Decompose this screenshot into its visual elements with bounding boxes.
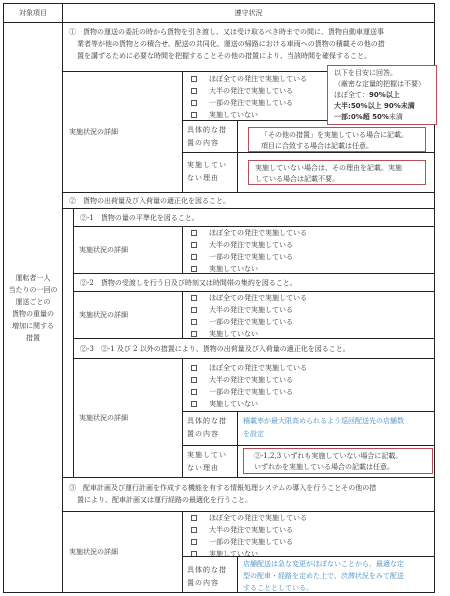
checkbox-icon[interactable] [191,266,197,272]
subsection-2-3-measure-input[interactable]: 積載率が最大限高められるよう巡回配送先の店舗数 を設定 [237,411,435,446]
guide-note-value: 0%超 50% [351,113,389,121]
subsection-2-1-checkbox-group: ほぼ全ての発注で実施している 大半の発注で実施している 一部の発注で実施している… [182,226,435,274]
section1-title-line: ① 貨物の運送の委託の時から貨物を引き渡し、又は受け取るべき時までの間に、貨物自… [69,26,428,38]
detail-label: 実施状況の詳細 [69,126,118,138]
option-label: 一部の発注で実施している [209,536,293,548]
target-item-line: 増加に関する [12,320,54,332]
checkbox-icon[interactable] [191,100,197,106]
option-label: ほぼ全ての発注で実施している [209,73,307,85]
header-compliance-status: 遵守状況 [62,3,435,23]
option-majority[interactable]: 大半の発注で実施している [183,524,434,536]
note-line: 項目に合致する場合は記載は任意。 [261,141,419,152]
option-some[interactable]: 一部の発注で実施している [183,251,434,263]
note-line: 「その他の措置」を実施している場合に記載。 [261,130,419,141]
option-none[interactable]: 実施していない [183,398,434,410]
option-label: 大半の発注で実施している [209,524,293,536]
option-label: 一部の発注で実施している [209,386,293,398]
section2-title: ② 貨物の出荷量及び入荷量の適正化を図ること。 [62,192,435,209]
subsection-2-3-measure-label: 具体的な措置の内容 [182,411,238,446]
checkbox-icon[interactable] [191,254,197,260]
header-target-item-label: 対象項目 [19,7,47,19]
section3-detail-label: 実施状況の詳細 [62,511,183,593]
guide-note-line: ほぼ全て：90%以上 [334,90,430,101]
header-compliance-status-label: 遵守状況 [235,7,263,19]
checkbox-icon[interactable] [191,242,197,248]
measure-label: 具体的な措置の内容 [187,417,227,438]
measure-label: 具体的な措置の内容 [187,566,227,587]
measure-example-line: 店舗配送は急な変更がほぼないことから、最適な定 [243,558,429,570]
option-almost-all[interactable]: ほぼ全ての発注で実施している [183,227,434,239]
subsection-title-text: ②-3 ②-1 及び 2 以外の措置により、貨物の出荷量及び入荷量の適正化を図る… [80,343,350,355]
note-line: している場合は記載不要。 [255,174,419,185]
measure-instruction-note: 「その他の措置」を実施している場合に記載。 項目に合致する場合は記載は任意。 [248,127,426,152]
subsection-2-3-reason-note: ②-1,2,3 いずれも実施していない場合に記載。 いずれかを実施している場合の… [243,448,433,474]
option-some[interactable]: 一部の発注で実施している [183,316,434,328]
option-label: ほぼ全ての発注で実施している [209,362,307,374]
reason-label: 実施していない理由 [187,451,227,472]
reason-label: 実施していない理由 [187,161,227,182]
checkbox-icon[interactable] [191,295,197,301]
option-some[interactable]: 一部の発注で実施している [183,536,434,548]
section3-title: ③ 配車計画及び運行計画を作成する機能を有する情報処理システムの導入を行うことそ… [62,477,435,512]
subsection-title-text: ②-1 貨物の量の平準化を図ること。 [80,212,199,224]
reason-instruction-note: 実施していない場合は、その理由を記載。実施 している場合は記載不要。 [248,160,426,185]
detail-label: 実施状況の詳細 [79,412,128,424]
checkbox-icon[interactable] [191,76,197,82]
subsection-2-2-title: ②-2 貨物の受渡しを行う日及び時刻又は時間帯の集約を図ること。 [73,273,435,292]
option-label: ほぼ全ての発注で実施している [209,512,307,524]
section3-measure-input[interactable]: 店舗配送は急な変更がほぼないことから、最適な定 型の配車・経路を定めた上で、渋滞… [237,556,435,593]
measure-example-line: を設定 [243,428,429,441]
section1-title-line: 置を講ずるために必要な時間を把握することその他の措置により、当該時間を確保するこ… [69,50,428,62]
guide-note-label: ほぼ全て： [334,91,369,99]
detail-label: 実施状況の詳細 [79,244,128,256]
subsection-2-3-checkbox-group: ほぼ全ての発注で実施している 大半の発注で実施している 一部の発注で実施している… [182,358,435,412]
subsection-title-text: ②-2 貨物の受渡しを行う日及び時刻又は時間帯の集約を図ること。 [80,277,297,289]
guide-note-value: 50%以上 90%未満 [351,102,415,110]
option-label: 大半の発注で実施している [209,304,293,316]
guide-note-line: 大半:50%以上 90%未満 [334,101,430,112]
checkbox-icon[interactable] [191,331,197,337]
option-label: ほぼ全ての発注で実施している [209,292,307,304]
option-label: 大半の発注で実施している [209,239,293,251]
checkbox-icon[interactable] [191,112,197,118]
subsection-2-1-detail-label: 実施状況の詳細 [73,226,183,274]
section3-measure-label: 具体的な措置の内容 [182,556,238,593]
option-majority[interactable]: 大半の発注で実施している [183,374,434,386]
option-label: 実施していない [209,398,258,410]
detail-label: 実施状況の詳細 [79,309,128,321]
checkbox-icon[interactable] [191,389,197,395]
target-item-cell: 運転者一人 当たりの一回の 運送ごとの 貨物の重量の 増加に関する 措置 [3,22,63,593]
subsection-2-1-title: ②-1 貨物の量の平準化を図ること。 [73,208,435,227]
option-majority[interactable]: 大半の発注で実施している [183,304,434,316]
option-almost-all[interactable]: ほぼ全ての発注で実施している [183,512,434,524]
section1-detail-label: 実施状況の詳細 [62,71,183,193]
checkbox-icon[interactable] [191,319,197,325]
subsection-2-2-checkbox-group: ほぼ全ての発注で実施している 大半の発注で実施している 一部の発注で実施している… [182,291,435,339]
subsection-2-2-detail-label: 実施状況の詳細 [73,291,183,339]
section3-title-line: ③ 配車計画及び運行計画を作成する機能を有する情報処理システムの導入を行うことそ… [69,482,428,494]
target-item-line: 貨物の重量の [12,308,54,320]
checkbox-icon[interactable] [191,539,197,545]
target-item-line: 措置 [26,332,40,344]
checkbox-icon[interactable] [191,377,197,383]
guide-note-line: （厳密な定量的把握は不要） [334,79,430,90]
checkbox-icon[interactable] [191,527,197,533]
option-label: 一部の発注で実施している [209,251,293,263]
guide-note-line: 一部:0%超 50%未満 [334,112,430,123]
option-label: 一部の発注で実施している [209,316,293,328]
note-line: ②-1,2,3 いずれも実施していない場合に記載。 [254,451,426,462]
target-item-line: 当たりの一回の [9,284,58,296]
option-label: 大半の発注で実施している [209,374,293,386]
note-line: 実施していない場合は、その理由を記載。実施 [255,163,419,174]
subsection-2-3-reason-label: 実施していない理由 [182,445,238,478]
option-almost-all[interactable]: ほぼ全ての発注で実施している [183,362,434,374]
section1-reason-label: 実施していない理由 [182,152,238,193]
guide-note-line: 以下を目安に回答。 [334,68,430,79]
guide-note-suffix: 未満 [389,113,403,121]
checkbox-icon[interactable] [191,515,197,521]
option-label: ほぼ全ての発注で実施している [209,227,307,239]
checkbox-icon[interactable] [191,307,197,313]
checkbox-icon[interactable] [191,230,197,236]
guide-note: 以下を目安に回答。 （厳密な定量的把握は不要） ほぼ全て：90%以上 大半:50… [327,65,437,125]
subsection-2-3-title: ②-3 ②-1 及び 2 以外の措置により、貨物の出荷量及び入荷量の適正化を図る… [73,338,435,359]
measure-example-line: 型の配車・経路を定めた上で、渋滞状況をみて配送 [243,570,429,582]
option-almost-all[interactable]: ほぼ全ての発注で実施している [183,292,434,304]
header-target-item: 対象項目 [3,3,63,23]
section1-title-line: 業者等が他の貨物との積合せ、配送の共同化、運送の帰路における車両への貨物の積載そ… [69,38,428,50]
checkbox-icon[interactable] [191,401,197,407]
guide-note-label: 大半: [334,102,351,110]
checkbox-icon[interactable] [191,365,197,371]
option-some[interactable]: 一部の発注で実施している [183,386,434,398]
section3-title-line: 置により、配車計画又は運行経路の最適化を行うこと。 [69,494,428,506]
section3-checkbox-group: ほぼ全ての発注で実施している 大半の発注で実施している 一部の発注で実施している… [182,511,435,557]
note-line: いずれかを実施している場合の記載は任意。 [254,462,426,473]
section1-measure-label: 具体的な措置の内容 [182,120,238,153]
guide-note-label: 一部: [334,113,351,121]
measure-example-line: することとしている。 [243,582,429,594]
option-label: 大半の発注で実施している [209,85,293,97]
option-majority[interactable]: 大半の発注で実施している [183,239,434,251]
subsection-2-3-detail-label: 実施状況の詳細 [73,358,183,478]
measure-label: 具体的な措置の内容 [187,126,227,147]
detail-label: 実施状況の詳細 [69,546,118,558]
target-item-line: 運送ごとの [16,296,51,308]
option-label: 一部の発注で実施している [209,97,293,109]
section2-title-text: ② 貨物の出荷量及び入荷量の適正化を図ること。 [69,195,230,207]
target-item-line: 運転者一人 [16,272,51,284]
guide-note-value: 90%以上 [369,91,400,99]
measure-example-line: 積載率が最大限高められるよう巡回配送先の店舗数 [243,415,429,428]
checkbox-icon[interactable] [191,88,197,94]
